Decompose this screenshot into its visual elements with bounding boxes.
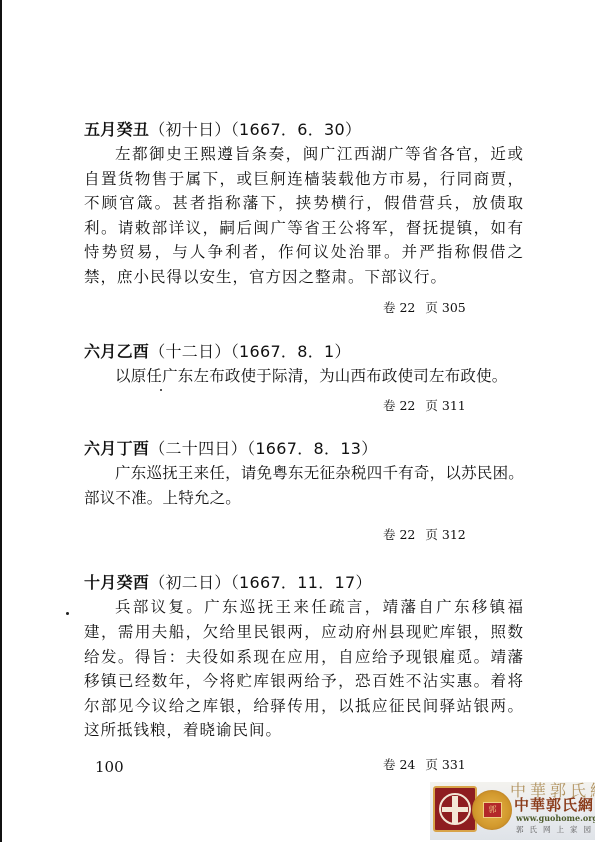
citation-page: 页 312	[425, 527, 465, 542]
watermark-title: 中華郭氏網	[514, 794, 594, 815]
entry-4: 十月癸酉（初二日）（1667．11．17） 兵部议复。广东巡抚王来任疏言，靖藩自…	[84, 571, 524, 774]
entry-day: （十二日）	[149, 342, 231, 361]
entry-day: （二十四日）	[149, 439, 247, 458]
entry-gregorian-date: （1667．6．30）	[231, 120, 362, 139]
entry-body: 广东巡抚王来任，请免粤东无征杂税四千有奇，以苏民困。部议不准。上特允之。	[84, 461, 524, 510]
scan-left-edge-rule	[0, 0, 2, 842]
scan-speck	[140, 491, 142, 493]
entry-gregorian-date: （1667．8．1）	[231, 342, 351, 361]
entry-heading: 十月癸酉（初二日）（1667．11．17）	[84, 571, 524, 595]
citation-volume: 卷 22	[383, 300, 415, 315]
citation-volume: 卷 24	[383, 757, 415, 772]
entry-citation: 卷 22页 305	[84, 299, 524, 317]
entry-heading: 六月乙酉（十二日）（1667．8．1）	[84, 340, 524, 364]
document-page: 五月癸丑（初十日）（1667．6．30） 左都御史王熙遵旨条奏，闽广江西湖广等省…	[84, 118, 524, 774]
coin-glyph: 郭	[483, 802, 502, 818]
entry-date-ganzhi: 十月癸酉	[84, 573, 149, 592]
entry-body: 以原任广东左布政使于际清，为山西布政使司左布政使。	[84, 364, 524, 389]
site-watermark-logo: 郭 中華郭氏網 中華郭氏網 www.guohome.org 郭氏网上家园	[430, 782, 595, 840]
entry-day: （初十日）	[149, 120, 231, 139]
entry-1: 五月癸丑（初十日）（1667．6．30） 左都御史王熙遵旨条奏，闽广江西湖广等省…	[84, 118, 524, 317]
entry-heading: 五月癸丑（初十日）（1667．6．30）	[84, 118, 524, 142]
watermark-url: www.guohome.org	[516, 813, 595, 823]
entry-date-ganzhi: 五月癸丑	[84, 120, 149, 139]
entry-gregorian-date: （1667．11．17）	[231, 573, 372, 592]
entry-2: 六月乙酉（十二日）（1667．8．1） 以原任广东左布政使于际清，为山西布政使司…	[84, 340, 524, 416]
entry-citation: 卷 22页 311	[84, 397, 524, 415]
watermark-slogan: 郭氏网上家园	[516, 824, 595, 835]
entry-citation: 卷 24页 331	[84, 756, 524, 774]
entry-body: 兵部议复。广东巡抚王来任疏言，靖藩自广东移镇福建，需用夫船，欠给里民银两，应动府…	[84, 595, 524, 743]
scan-speck	[160, 389, 162, 391]
citation-volume: 卷 22	[383, 398, 415, 413]
seal-emblem-icon	[433, 786, 477, 832]
coin-emblem-icon: 郭	[472, 790, 512, 830]
citation-volume: 卷 22	[383, 527, 415, 542]
citation-page: 页 331	[425, 757, 465, 772]
citation-page: 页 311	[425, 398, 465, 413]
entry-citation: 卷 22页 312	[84, 526, 524, 544]
entry-date-ganzhi: 六月丁酉	[84, 439, 149, 458]
entry-heading: 六月丁酉（二十四日）（1667．8．13）	[84, 437, 524, 461]
entry-body: 左都御史王熙遵旨条奏，闽广江西湖广等省各官，近或自置货物售于属下，或巨舸连樯装载…	[84, 142, 524, 290]
entry-gregorian-date: （1667．8．13）	[247, 439, 378, 458]
entry-date-ganzhi: 六月乙酉	[84, 342, 149, 361]
scan-speck	[66, 612, 69, 615]
citation-page: 页 305	[425, 300, 465, 315]
page-number: 100	[95, 758, 124, 776]
entry-3: 六月丁酉（二十四日）（1667．8．13） 广东巡抚王来任，请免粤东无征杂税四千…	[84, 437, 524, 544]
entry-day: （初二日）	[149, 573, 231, 592]
